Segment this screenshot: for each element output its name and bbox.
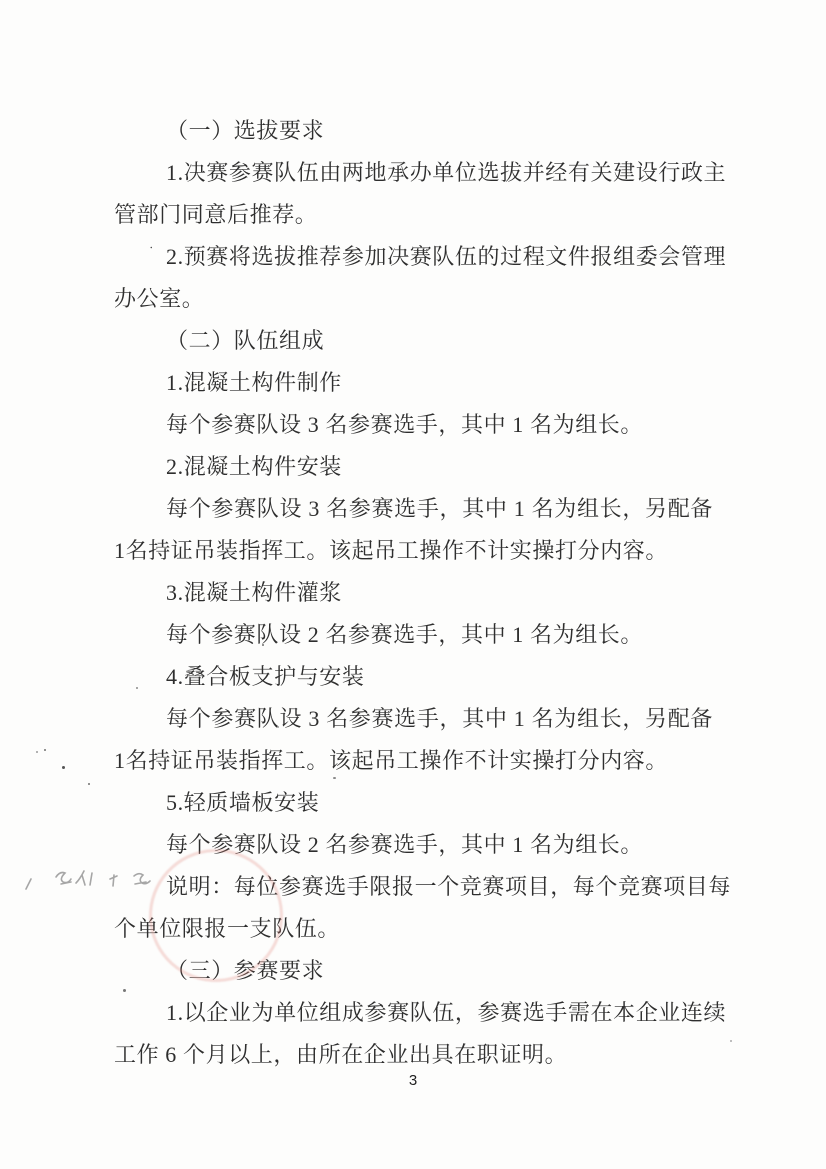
text-line: 每个参赛队设 3 名参赛选手，其中 1 名为组长。 [114, 404, 713, 446]
text-line: 1.决赛参赛队伍由两地承办单位选拔并经有关建设行政主 [114, 152, 713, 194]
text-line: 说明：每位参赛选手限报一个竞赛项目，每个竞赛项目每 [114, 866, 713, 908]
text-line: 1名持证吊装指挥工。该起吊工操作不计实操打分内容。 [114, 740, 713, 782]
text-line: 1名持证吊装指挥工。该起吊工操作不计实操打分内容。 [114, 530, 713, 572]
list-item-heading: 4.叠合板支护与安装 [114, 656, 713, 698]
scan-noise-dot [62, 766, 65, 769]
list-item-heading: 5.轻质墙板安装 [114, 782, 713, 824]
list-item-heading: 3.混凝土构件灌浆 [114, 572, 713, 614]
section-heading: （三）参赛要求 [114, 950, 713, 992]
scan-noise-dot [44, 749, 46, 751]
text-line: 管部门同意后推荐。 [114, 194, 713, 236]
text-line: 每个参赛队设 2 名参赛选手，其中 1 名为组长。 [114, 614, 713, 656]
text-line: 1.以企业为单位组成参赛队伍，参赛选手需在本企业连续 [114, 992, 713, 1034]
scan-noise-dot [730, 1040, 732, 1042]
text-line: 个单位限报一支队伍。 [114, 908, 713, 950]
list-item-heading: 1.混凝土构件制作 [114, 362, 713, 404]
page-number: 3 [0, 1072, 826, 1089]
text-line: 工作 6 个月以上，由所在企业出具在职证明。 [114, 1034, 713, 1076]
scan-noise-dot [36, 751, 38, 753]
text-line: 每个参赛队设 3 名参赛选手，其中 1 名为组长，另配备 [114, 488, 713, 530]
scan-noise-dot [88, 783, 90, 785]
text-line: 每个参赛队设 3 名参赛选手，其中 1 名为组长，另配备 [114, 698, 713, 740]
text-line: 每个参赛队设 2 名参赛选手，其中 1 名为组长。 [114, 824, 713, 866]
section-heading: （二）队伍组成 [114, 320, 713, 362]
text-line: 办公室。 [114, 278, 713, 320]
document-body: （一）选拔要求 1.决赛参赛队伍由两地承办单位选拔并经有关建设行政主 管部门同意… [114, 110, 713, 1076]
scanned-document-page: （一）选拔要求 1.决赛参赛队伍由两地承办单位选拔并经有关建设行政主 管部门同意… [0, 0, 826, 1169]
list-item-heading: 2.混凝土构件安装 [114, 446, 713, 488]
section-heading: （一）选拔要求 [114, 110, 713, 152]
text-line: 2.预赛将选拔推荐参加决赛队伍的过程文件报组委会管理 [114, 236, 713, 278]
